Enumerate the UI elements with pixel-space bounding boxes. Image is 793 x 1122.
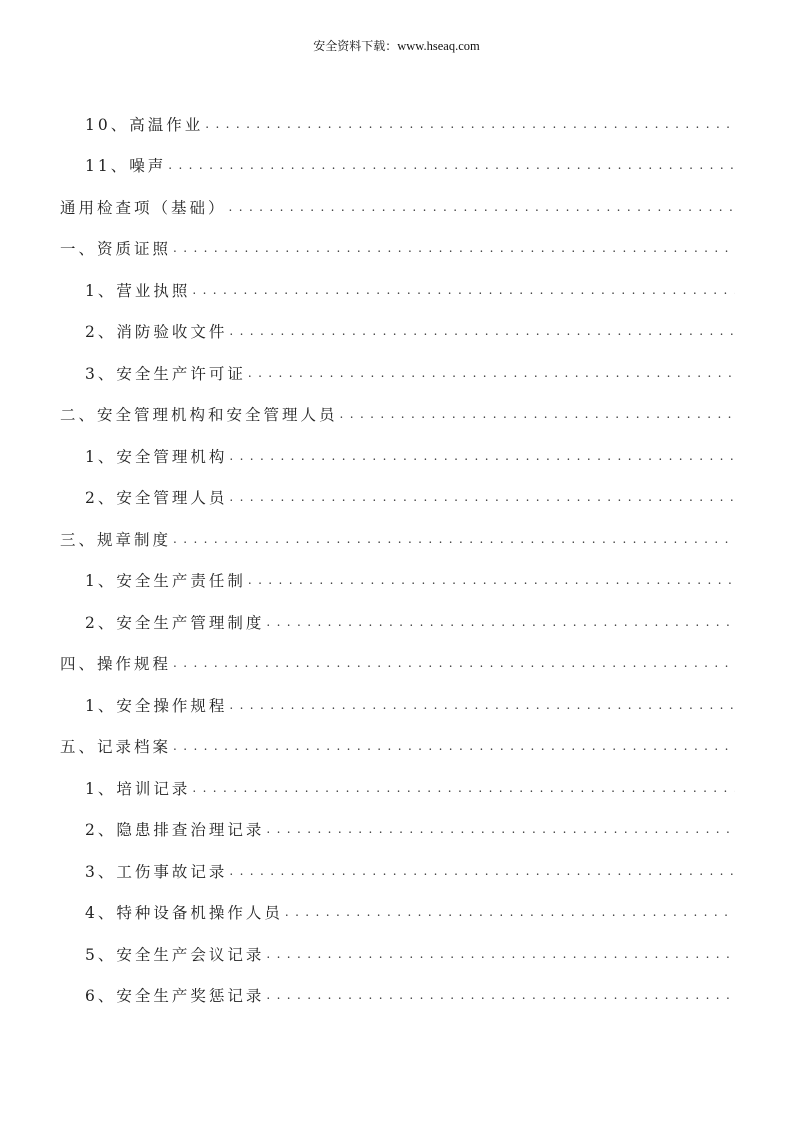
dot-leader xyxy=(192,283,735,297)
toc-entry[interactable]: 五、记录档案 xyxy=(60,726,735,768)
toc-entry-label: 4、特种设备机操作人员 xyxy=(85,901,283,923)
toc-entry-label: 3、安全生产许可证 xyxy=(85,362,246,384)
toc-entry-label: 2、安全生产管理制度 xyxy=(85,611,264,633)
toc-entry-label: 2、安全管理人员 xyxy=(85,486,227,508)
dot-leader xyxy=(192,781,735,795)
toc-entry-label: 通用检查项（基础） xyxy=(60,196,227,218)
toc-entry-label: 一、资质证照 xyxy=(60,237,171,259)
toc-entry[interactable]: 三、规章制度 xyxy=(60,518,735,560)
toc-entry[interactable]: 1、培训记录 xyxy=(60,767,735,809)
dot-leader xyxy=(229,490,735,504)
toc-entry[interactable]: 通用检查项（基础） xyxy=(60,186,735,228)
toc-entry[interactable]: 3、安全生产许可证 xyxy=(60,352,735,394)
toc-entry-label: 五、记录档案 xyxy=(60,735,171,757)
dot-leader xyxy=(266,615,735,629)
dot-leader xyxy=(229,200,735,214)
toc-entry[interactable]: 2、隐患排查治理记录 xyxy=(60,809,735,851)
toc-entry[interactable]: 1、安全管理机构 xyxy=(60,435,735,477)
toc-entry[interactable]: 5、安全生产会议记录 xyxy=(60,933,735,975)
toc-entry-label: 11、噪声 xyxy=(85,154,166,176)
header-url: www.hseaq.com xyxy=(397,39,480,53)
toc-entry-label: 1、安全操作规程 xyxy=(85,694,227,716)
dot-leader xyxy=(229,864,735,878)
table-of-contents: 10、高温作业 11、噪声 通用检查项（基础） 一、资质证照 1、营业执照 2、… xyxy=(60,103,735,1016)
dot-leader xyxy=(229,449,735,463)
toc-entry[interactable]: 一、资质证照 xyxy=(60,228,735,270)
toc-entry[interactable]: 二、安全管理机构和安全管理人员 xyxy=(60,394,735,436)
toc-entry[interactable]: 1、营业执照 xyxy=(60,269,735,311)
toc-entry[interactable]: 2、安全生产管理制度 xyxy=(60,601,735,643)
toc-entry[interactable]: 2、消防验收文件 xyxy=(60,311,735,353)
toc-entry-label: 6、安全生产奖惩记录 xyxy=(85,984,264,1006)
toc-entry-label: 5、安全生产会议记录 xyxy=(85,943,264,965)
dot-leader xyxy=(173,739,735,753)
dot-leader xyxy=(168,158,735,172)
page-header: 安全资料下载：www.hseaq.com xyxy=(0,37,793,54)
toc-entry-label: 1、培训记录 xyxy=(85,777,190,799)
dot-leader xyxy=(229,324,735,338)
toc-entry-label: 1、安全生产责任制 xyxy=(85,569,246,591)
dot-leader xyxy=(173,656,735,670)
toc-entry-label: 三、规章制度 xyxy=(60,528,171,550)
toc-entry-label: 1、安全管理机构 xyxy=(85,445,227,467)
toc-entry[interactable]: 4、特种设备机操作人员 xyxy=(60,892,735,934)
header-label: 安全资料下载： xyxy=(313,39,397,53)
toc-entry[interactable]: 四、操作规程 xyxy=(60,643,735,685)
dot-leader xyxy=(229,698,735,712)
dot-leader xyxy=(248,573,735,587)
toc-entry-label: 二、安全管理机构和安全管理人员 xyxy=(60,403,338,425)
dot-leader xyxy=(205,117,735,131)
toc-entry-label: 2、隐患排查治理记录 xyxy=(85,818,264,840)
toc-entry-label: 3、工伤事故记录 xyxy=(85,860,227,882)
dot-leader xyxy=(173,532,735,546)
dot-leader xyxy=(248,366,735,380)
dot-leader xyxy=(340,407,735,421)
toc-entry-label: 10、高温作业 xyxy=(85,113,203,135)
toc-entry[interactable]: 10、高温作业 xyxy=(60,103,735,145)
toc-entry-label: 1、营业执照 xyxy=(85,279,190,301)
toc-entry[interactable]: 3、工伤事故记录 xyxy=(60,850,735,892)
dot-leader xyxy=(266,947,735,961)
dot-leader xyxy=(266,822,735,836)
toc-entry[interactable]: 11、噪声 xyxy=(60,145,735,187)
dot-leader xyxy=(173,241,735,255)
dot-leader xyxy=(285,905,735,919)
toc-entry[interactable]: 1、安全操作规程 xyxy=(60,684,735,726)
toc-entry[interactable]: 1、安全生产责任制 xyxy=(60,560,735,602)
toc-entry-label: 四、操作规程 xyxy=(60,652,171,674)
toc-entry[interactable]: 2、安全管理人员 xyxy=(60,477,735,519)
toc-entry-label: 2、消防验收文件 xyxy=(85,320,227,342)
toc-entry[interactable]: 6、安全生产奖惩记录 xyxy=(60,975,735,1017)
dot-leader xyxy=(266,988,735,1002)
